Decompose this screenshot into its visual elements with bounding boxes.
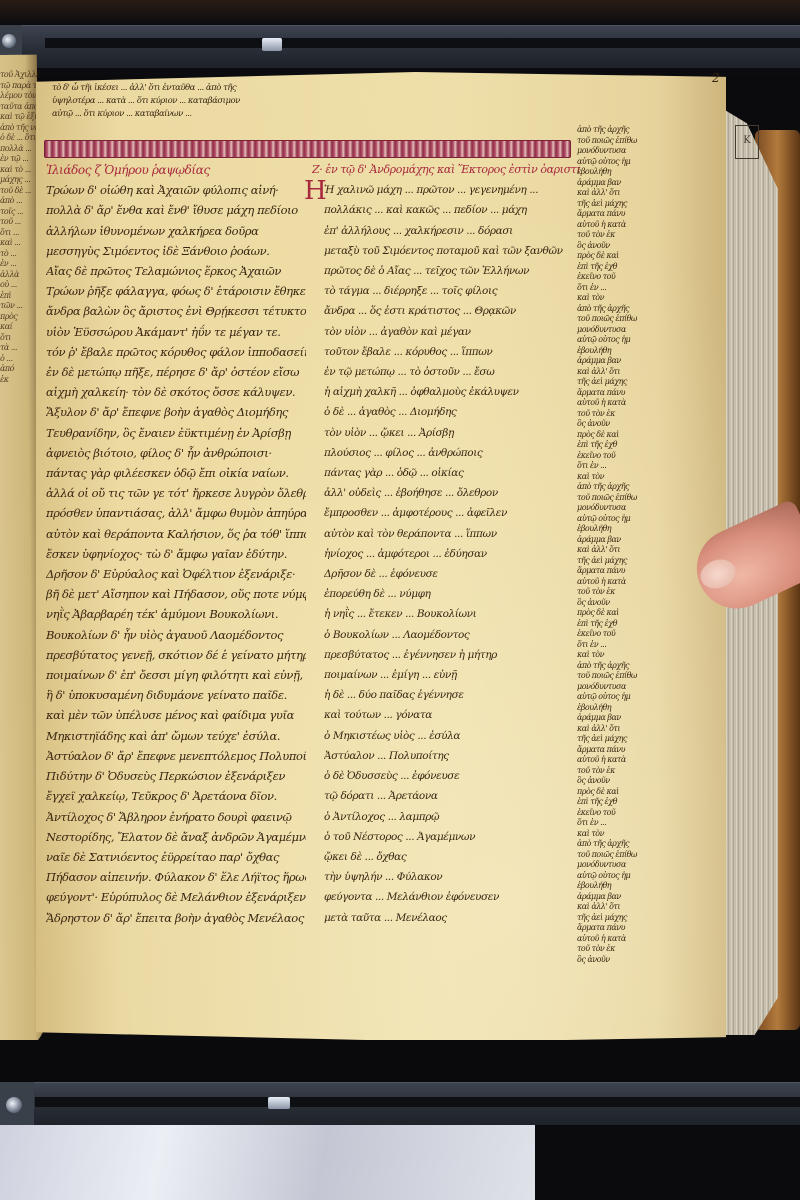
right-margin-scholia: ἀπὸ τῆς ἀρχῆςτοῦ ποιῶς ἐπίθωμονόδυντυσαα… [577,125,672,945]
margin-scholia-line: καὶ ἀλλ' ὅτι [577,902,672,913]
margin-scholia-line: ἅρματα πάνυ [577,209,672,220]
page-edge-label: K [735,125,759,159]
verse-line: Τρώων ῥῆξε φάλαγγα, φόως δ' ἑτάροισιν ἔθ… [46,281,306,301]
margin-scholia-line: τοῦ ποιῶς ἐπίθω [577,493,672,504]
verse-line: Νεστορίδης, Ἔλατον δὲ ἄναξ ἀνδρῶν Ἀγαμέμ… [46,827,306,847]
white-cloth [0,1125,535,1200]
verse-line: ἀλλήλων ἰθυνομένων χαλκήρεα δοῦρα [46,221,306,241]
folio-number: 2 [712,68,719,88]
verse-line: νηῒς Ἀβαρβαρέη τέκ' ἀμύμονι Βουκολίωνι. [46,604,306,624]
margin-scholia-line: μονόδυντυσα [577,682,672,693]
margin-scholia-line: τοῦ τὸν ἐκ [577,230,672,241]
middle-text-column: Ζ· ἐν τῷ δ' Ἀνδρομάχης καὶ Ἕκτορος ἐστὶν… [312,160,580,928]
margin-scholia-line: ὃς ἀνοῦν [577,241,672,252]
verse-line: ἔγχεϊ χαλκείῳ, Τεῦκρος δ' Ἀρετάονα δῖον. [46,786,306,806]
verse-line: υἱὸν Ἐϋσσώρου Ἀκάμαντ' ἠΰν τε μέγαν τε. [46,322,306,342]
margin-scholia-line: αὐτῷ οὗτος ἡμ [577,514,672,525]
verse-line: ἀφνειὸς βιότοιο, φίλος δ' ἦν ἀνθρώποισι· [46,443,306,463]
margin-scholia-line: καὶ τὸν [577,829,672,840]
verse-line: πάντας γὰρ φιλέεσκεν ὁδῷ ἔπι οἰκία ναίων… [46,463,306,483]
bolt-bottom-left [6,1097,22,1113]
margin-scholia-line: ἐβουλήθη [577,346,672,357]
paraphrase-lines: Ἡ χαλινῶ μάχη ... πρῶτον ... γεγενημένη … [312,180,580,928]
verse-line: Βουκολίων δ' ἦν υἱὸς ἀγαυοῦ Λαομέδοντος [46,625,306,645]
margin-scholia-line: ἀπὸ τῆς ἀρχῆς [577,839,672,850]
paraphrase-line: ὁ τοῦ Νέστορος ... Ἀγαμέμνων [324,827,580,847]
margin-scholia-line: πρὸς δὲ καὶ [577,251,672,262]
paraphrase-line: μεταξὺ τοῦ Σιμόεντος ποταμοῦ καὶ τῶν ξαν… [324,241,580,261]
margin-scholia-line: πρὸς δὲ καὶ [577,787,672,798]
book-title-rubric: Ἰλιάδος ζ Ὁμήρου ῥαψῳδίας [46,160,306,180]
paraphrase-line: ἐπορεύθη δὲ ... νύμφη [324,584,580,604]
paraphrase-line: φεύγοντα ... Μελάνθιον ἐφόνευσεν [324,887,580,907]
margin-scholia-line: αὐτοῦ ἡ κατὰ [577,220,672,231]
margin-scholia-line: ὅτι ἐν ... [577,818,672,829]
paraphrase-line: καὶ τούτων ... γόνατα [324,705,580,725]
paraphrase-line: ἔμπροσθεν ... ἀμφοτέρους ... ἀφεῖλεν [324,503,580,523]
scholia-line: τὸ δ' ὦ τῆι ἱκέσει ... ἀλλ' ὅτι ἐνταῦθα … [52,82,712,95]
paraphrase-line: Ἡ χαλινῶ μάχη ... πρῶτον ... γεγενημένη … [324,180,580,200]
margin-scholia-line: τοῦ τὸν ἐκ [577,944,672,955]
scholia-line: ὑψηλοτέρα ... κατὰ ... ὅτι κύριον ... κα… [52,95,712,108]
paraphrase-line: τὸ τάγμα ... διέρρηξε ... τοῖς φίλοις [324,281,580,301]
verse-line: ποιμαίνων δ' ἐπ' ὄεσσι μίγη φιλότητι καὶ… [46,665,306,685]
verse-line: τόν ῥ' ἔβαλε πρῶτος κόρυθος φάλον ἱπποδα… [46,342,306,362]
margin-scholia-line: αὐτοῦ ἡ κατὰ [577,398,672,409]
verse-line: βῆ δὲ μετ' Αἴσηπον καὶ Πήδασον, οὕς ποτε… [46,584,306,604]
paraphrase-line: τῷ δόρατι ... Ἀρετάονα [324,786,580,806]
verse-line: πρεσβύτατος γενεῇ, σκότιον δέ ἑ γείνατο … [46,645,306,665]
paraphrase-line: ὁ Μηκιστέως υἱὸς ... ἐσύλα [324,726,580,746]
margin-scholia-line: ἐβουλήθη [577,524,672,535]
margin-scholia-line: ὃς ἀνοῦν [577,955,672,966]
paraphrase-line: πρῶτος δὲ ὁ Αἴας ... τεῖχος τῶν Ἑλλήνων [324,261,580,281]
paraphrase-line: ἡνίοχος ... ἀμφότεροι ... ἐδύησαν [324,544,580,564]
verse-line: ἐν δὲ μετώπῳ πῆξε, πέρησε δ' ἄρ' ὀστέον … [46,362,306,382]
paraphrase-line: ὁ Ἀντίλοχος ... λαμπρῷ [324,807,580,827]
paraphrase-line: ποιμαίνων ... ἐμίγη ... εὐνῇ [324,665,580,685]
paraphrase-line: ὁ δὲ Ὀδυσσεὺς ... ἐφόνευσε [324,766,580,786]
margin-scholia-line: καὶ ἀλλ' ὅτι [577,724,672,735]
bolt-top-left [2,34,16,48]
verse-line: αὐτὸν καὶ θεράποντα Καλήσιον, ὅς ῥα τόθ'… [46,524,306,544]
verse-line: ἣ δ' ὑποκυσαμένη διδυμάονε γείνατο παῖδε… [46,685,306,705]
margin-scholia-line: τοῦ τὸν ἐκ [577,409,672,420]
verse-line: Πήδασον αἰπεινήν. Φύλακον δ' ἕλε Λήϊτος … [46,867,306,887]
margin-scholia-line: αὐτῷ οὗτος ἡμ [577,871,672,882]
margin-scholia-line: τῆς ἀεὶ μάχης [577,913,672,924]
paraphrase-line: τὴν ὑψηλήν ... Φύλακον [324,867,580,887]
margin-scholia-line: τῆς ἀεὶ μάχης [577,734,672,745]
top-scholia: τὸ δ' ὦ τῆι ἱκέσει ... ἀλλ' ὅτι ἐνταῦθα … [52,82,712,121]
margin-scholia-line: ὃς ἀνοῦν [577,419,672,430]
paraphrase-line: πλούσιος ... φίλος ... ἀνθρώποις [324,443,580,463]
rail-clip-top [262,38,282,51]
margin-scholia-line: καὶ ἀλλ' ὅτι [577,367,672,378]
margin-scholia-line: ὃς ἀνοῦν [577,598,672,609]
margin-scholia-line: τῆς ἀεὶ μάχης [577,377,672,388]
decorated-initial: Η [304,176,327,206]
paraphrase-line: ἀλλ' οὐδεὶς ... ἐβοήθησε ... ὄλεθρον [324,483,580,503]
margin-scholia-line: μονόδυντυσα [577,860,672,871]
margin-scholia-line: πρὸς δὲ καὶ [577,608,672,619]
margin-scholia-line: ἐπὶ τῆς ἐχθ [577,262,672,273]
paraphrase-line: πολλάκις ... καὶ κακῶς ... πεδίον ... μά… [324,200,580,220]
margin-scholia-line: ἀράμμα βαν [577,356,672,367]
rail-clip-bottom [268,1097,290,1109]
margin-scholia-line: ἐβουλήθη [577,703,672,714]
left-text-column: Ἰλιάδος ζ Ὁμήρου ῥαψῳδίας Τρώων δ' οἰώθη… [46,160,306,928]
margin-scholia-line: ὅτι ἐν ... [577,640,672,651]
verse-line: φεύγοντ'· Εὐρύπυλος δὲ Μελάνθιον ἐξενάρι… [46,887,306,907]
margin-scholia-line: ὃς ἀνοῦν [577,776,672,787]
paraphrase-line: τὸν υἱὸν ... ἀγαθὸν καὶ μέγαν [324,322,580,342]
margin-scholia-line: τοῦ ποιῶς ἐπίθω [577,850,672,861]
paraphrase-line: μετὰ ταῦτα ... Μενέλαος [324,908,580,928]
paraphrase-line: ὁ Βουκολίων ... Λαομέδοντος [324,625,580,645]
margin-scholia-line: μονόδυντυσα [577,325,672,336]
rubricated-headpiece-band [44,140,571,158]
margin-scholia-line: ἐκεῖνο τοῦ [577,808,672,819]
margin-scholia-line: ἀράμμα βαν [577,535,672,546]
margin-scholia-line: τῆς ἀεὶ μάχης [577,199,672,210]
margin-scholia-line: ἐκεῖνο τοῦ [577,272,672,283]
margin-scholia-line: καὶ ἀλλ' ὅτι [577,545,672,556]
margin-scholia-line: ἀπὸ τῆς ἀρχῆς [577,482,672,493]
margin-scholia-line: ἅρματα πάνυ [577,923,672,934]
verse-line: ἄνδρα βαλὼν ὃς ἄριστος ἐνὶ Θρῄκεσσι τέτυ… [46,301,306,321]
verse-line: Ἀντίλοχος δ' Ἄβληρον ἐνήρατο δουρὶ φαειν… [46,807,306,827]
verse-line: Αἴας δὲ πρῶτος Τελαμώνιος ἕρκος Ἀχαιῶν [46,261,306,281]
margin-scholia-line: ὅτι ἐν ... [577,283,672,294]
margin-scholia-line: μονόδυντυσα [577,503,672,514]
verse-line: Μηκιστηϊάδης καὶ ἀπ' ὤμων τεύχε' ἐσύλα. [46,726,306,746]
margin-scholia-line: ἐβουλήθη [577,881,672,892]
margin-scholia-line: ἀπὸ τῆς ἀρχῆς [577,304,672,315]
paraphrase-line: ἡ νηῒς ... ἔτεκεν ... Βουκολίωνι [324,604,580,624]
verse-line: Ἄξυλον δ' ἄρ' ἔπεφνε βοὴν ἀγαθὸς Διομήδη… [46,402,306,422]
margin-scholia-line: αὐτῷ οὗτος ἡμ [577,692,672,703]
verse-line: πολλὰ δ' ἄρ' ἔνθα καὶ ἔνθ' ἴθυσε μάχη πε… [46,200,306,220]
verse-line: καὶ μὲν τῶν ὑπέλυσε μένος καὶ φαίδιμα γυ… [46,705,306,725]
margin-scholia-line: καὶ τὸν [577,650,672,661]
margin-scholia-line: αὐτοῦ ἡ κατὰ [577,755,672,766]
margin-scholia-line: ἀράμμα βαν [577,892,672,903]
margin-scholia-line: αὐτοῦ ἡ κατὰ [577,934,672,945]
margin-scholia-line: ἀράμμα βαν [577,713,672,724]
verse-line: Ἄδρηστον δ' ἄρ' ἔπειτα βοὴν ἀγαθὸς Μενέλ… [46,908,306,928]
margin-scholia-line: αὐτῷ οὗτος ἡμ [577,157,672,168]
margin-scholia-line: ἐβουλήθη [577,167,672,178]
paraphrase-line: ὁ δὲ ... ἀγαθὸς ... Διομήδης [324,402,580,422]
left-page-text: τοῦ Ἀχιλλέως ἐντῷ παρὰ τοῦ πολέμου τὸν ἐ… [0,70,40,990]
margin-scholia-line: ἅρματα πάνυ [577,388,672,399]
margin-scholia-line: ἅρματα πάνυ [577,566,672,577]
paraphrase-line: ἐν τῷ μετώπῳ ... τὸ ὀστοῦν ... ἔσω [324,362,580,382]
paraphrase-block: Η Ἡ χαλινῶ μάχη ... πρῶτον ... γεγενημέν… [312,180,580,928]
paraphrase-line: ἡ αἰχμὴ χαλκῆ ... ὀφθαλμοὺς ἐκάλυψεν [324,382,580,402]
verse-lines: Τρώων δ' οἰώθη καὶ Ἀχαιῶν φύλοπις αἰνή·π… [46,180,306,928]
margin-scholia-line: ἅρματα πάνυ [577,745,672,756]
margin-scholia-line: ἀράμμα βαν [577,178,672,189]
margin-scholia-line: ἐπὶ τῆς ἐχθ [577,440,672,451]
margin-scholia-line: ἀπὸ τῆς ἀρχῆς [577,661,672,672]
margin-scholia-line: ἀπὸ τῆς ἀρχῆς [577,125,672,136]
margin-scholia-line: τοῦ ποιῶς ἐπίθω [577,136,672,147]
scholia-line: αὐτῷ ... ὅτι κύριον ... καταβαίνων ... [52,108,712,121]
verse-line: Δρῆσον δ' Εὐρύαλος καὶ Ὀφέλτιον ἐξενάριξ… [46,564,306,584]
verse-line: Τρώων δ' οἰώθη καὶ Ἀχαιῶν φύλοπις αἰνή· [46,180,306,200]
margin-scholia-line: μονόδυντυσα [577,146,672,157]
verse-line: Πιδύτην δ' Ὀδυσεὺς Περκώσιον ἐξενάριξεν [46,766,306,786]
margin-scholia-line: ἐπὶ τῆς ἐχθ [577,619,672,630]
paraphrase-line: πρεσβύτατος ... ἐγέννησεν ἡ μήτηρ [324,645,580,665]
verse-line: ναῖε δὲ Σατνιόεντος ἐϋρρείταο παρ' ὄχθας [46,847,306,867]
verse-line: πρόσθεν ὑπαντιάσας, ἀλλ' ἄμφω θυμὸν ἀπηύ… [46,503,306,523]
margin-scholia-line: καὶ τὸν [577,472,672,483]
rail-slot-top [45,38,800,48]
paraphrase-line: ἄνδρα ... ὅς ἐστι κράτιστος ... Θρᾳκῶν [324,301,580,321]
paraphrase-line: ἡ δὲ ... δύο παῖδας ἐγέννησε [324,685,580,705]
hypothesis-title-rubric: Ζ· ἐν τῷ δ' Ἀνδρομάχης καὶ Ἕκτορος ἐστὶν… [312,160,580,180]
margin-scholia-line: πρὸς δὲ καὶ [577,430,672,441]
margin-scholia-line: ἐκεῖνο τοῦ [577,629,672,640]
margin-scholia-line: καὶ ἀλλ' ὅτι [577,188,672,199]
paraphrase-line: Δρῆσον δὲ ... ἐφόνευσε [324,564,580,584]
verse-line: Ἀστύαλον δ' ἄρ' ἔπεφνε μενεπτόλεμος Πολυ… [46,746,306,766]
paraphrase-line: Ἀστύαλον ... Πολυποίτης [324,746,580,766]
margin-scholia-line: τοῦ ποιῶς ἐπίθω [577,671,672,682]
margin-scholia-line: τοῦ τὸν ἐκ [577,766,672,777]
paraphrase-line: ἐπ' ἀλλήλους ... χαλκήρεσιν ... δόρασι [324,221,580,241]
margin-scholia-line: καὶ τὸν [577,293,672,304]
paraphrase-line: αὐτὸν καὶ τὸν θεράποντα ... ἵππων [324,524,580,544]
paraphrase-line: τὸν υἱὸν ... ᾤκει ... Ἀρίσβῃ [324,423,580,443]
verse-line: ἀλλά οἱ οὔ τις τῶν γε τότ' ἤρκεσε λυγρὸν… [46,483,306,503]
margin-scholia-line: τοῦ τὸν ἐκ [577,587,672,598]
margin-scholia-line: ὅτι ἐν ... [577,461,672,472]
margin-scholia-line: ἐκεῖνο τοῦ [577,451,672,462]
verse-line: μεσσηγὺς Σιμόεντος ἰδὲ Ξάνθοιο ῥοάων. [46,241,306,261]
margin-scholia-line: αὐτῷ οὗτος ἡμ [577,335,672,346]
margin-scholia-line: ἐπὶ τῆς ἐχθ [577,797,672,808]
margin-scholia-line: αὐτοῦ ἡ κατὰ [577,577,672,588]
paraphrase-line: ᾤκει δὲ ... ὄχθας [324,847,580,867]
verse-line: ἔσκεν ὑφηνίοχος· τὼ δ' ἄμφω γαῖαν ἐδύτην… [46,544,306,564]
margin-scholia-line: τῆς ἀεὶ μάχης [577,556,672,567]
rail-slot-bottom [35,1097,800,1107]
verse-line: Τευθρανίδην, ὃς ἔναιεν ἐϋκτιμένῃ ἐν Ἀρίσ… [46,423,306,443]
paraphrase-line: πάντας γὰρ ... ὁδῷ ... οἰκίας [324,463,580,483]
verse-line: αἰχμὴ χαλκείη· τὸν δὲ σκότος ὄσσε κάλυψε… [46,382,306,402]
margin-scholia-line: τοῦ ποιῶς ἐπίθω [577,314,672,325]
paraphrase-line: τοῦτον ἔβαλε ... κόρυθος ... ἵππων [324,342,580,362]
